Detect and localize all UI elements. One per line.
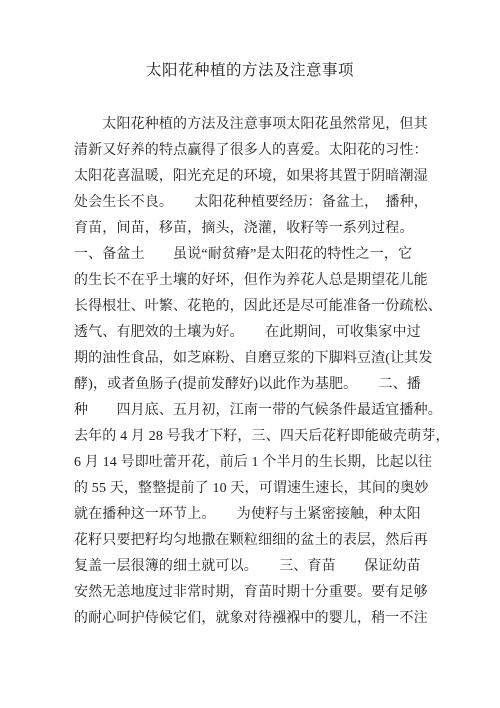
text-line: 的 55 天，整整提前了 10 天，可谓速生速长，其间的奥妙 xyxy=(74,476,434,502)
text-line: 长得根壮、叶繁、花艳的，因此还是尽可能准备一份疏松、 xyxy=(74,294,434,320)
text-line: 期的油性食品，如芝麻粉、自磨豆浆的下脚料豆渣(让其发 xyxy=(74,346,434,372)
text-line: 的耐心呵护侍候它们，就象对待襁褓中的婴儿，稍一不注 xyxy=(74,606,434,632)
text-line: 清新又好养的特点赢得了很多人的喜爱。太阳花的习性： xyxy=(74,138,434,164)
text-line: 去年的 4 月 28 号我才下籽，三、四天后花籽即能破壳萌芽， xyxy=(74,424,434,450)
document-body: 太阳花种植的方法及注意事项太阳花虽然常见，但其清新又好养的特点赢得了很多人的喜爱… xyxy=(74,112,434,632)
document-page: 太阳花种植的方法及注意事项 太阳花种植的方法及注意事项太阳花虽然常见，但其清新又… xyxy=(0,0,500,708)
text-line: 太阳花喜温暖，阳光充足的环境，如果将其置于阴暗潮湿 xyxy=(74,164,434,190)
text-line: 处会生长不良。 太阳花种植要经历：备盆土， 播种， xyxy=(74,190,434,216)
text-line: 花籽只要把籽均匀地撒在颗粒细细的盆土的表层，然后再 xyxy=(74,528,434,554)
text-line: 酵)，或者鱼肠子(提前发酵好)以此作为基肥。 二、播 xyxy=(74,372,434,398)
document-title: 太阳花种植的方法及注意事项 xyxy=(0,0,500,81)
text-line: 复盖一层很簿的细土就可以。 三、育苗 保证幼苗 xyxy=(74,554,434,580)
text-line: 就在播种这一环节上。 为使籽与土紧密接触，种太阳 xyxy=(74,502,434,528)
text-line: 一、备盆土 虽说“耐贫瘠”是太阳花的特性之一，它 xyxy=(74,242,434,268)
text-line: 太阳花种植的方法及注意事项太阳花虽然常见，但其 xyxy=(74,112,434,138)
text-line: 安然无恙地度过非常时期，育苗时期十分重要。要有足够 xyxy=(74,580,434,606)
text-line: 的生长不在乎土壤的好坏，但作为养花人总是期望花儿能 xyxy=(74,268,434,294)
text-line: 透气、有肥效的土壤为好。 在此期间，可收集家中过 xyxy=(74,320,434,346)
text-line: 种 四月底、五月初，江南一带的气候条件最适宜播种。 xyxy=(74,398,434,424)
text-line: 6 月 14 号即吐蕾开花，前后 1 个半月的生长期，比起以往 xyxy=(74,450,434,476)
text-line: 育苗，间苗，移苗，摘头，浇灌，收籽等一系列过程。 xyxy=(74,216,434,242)
